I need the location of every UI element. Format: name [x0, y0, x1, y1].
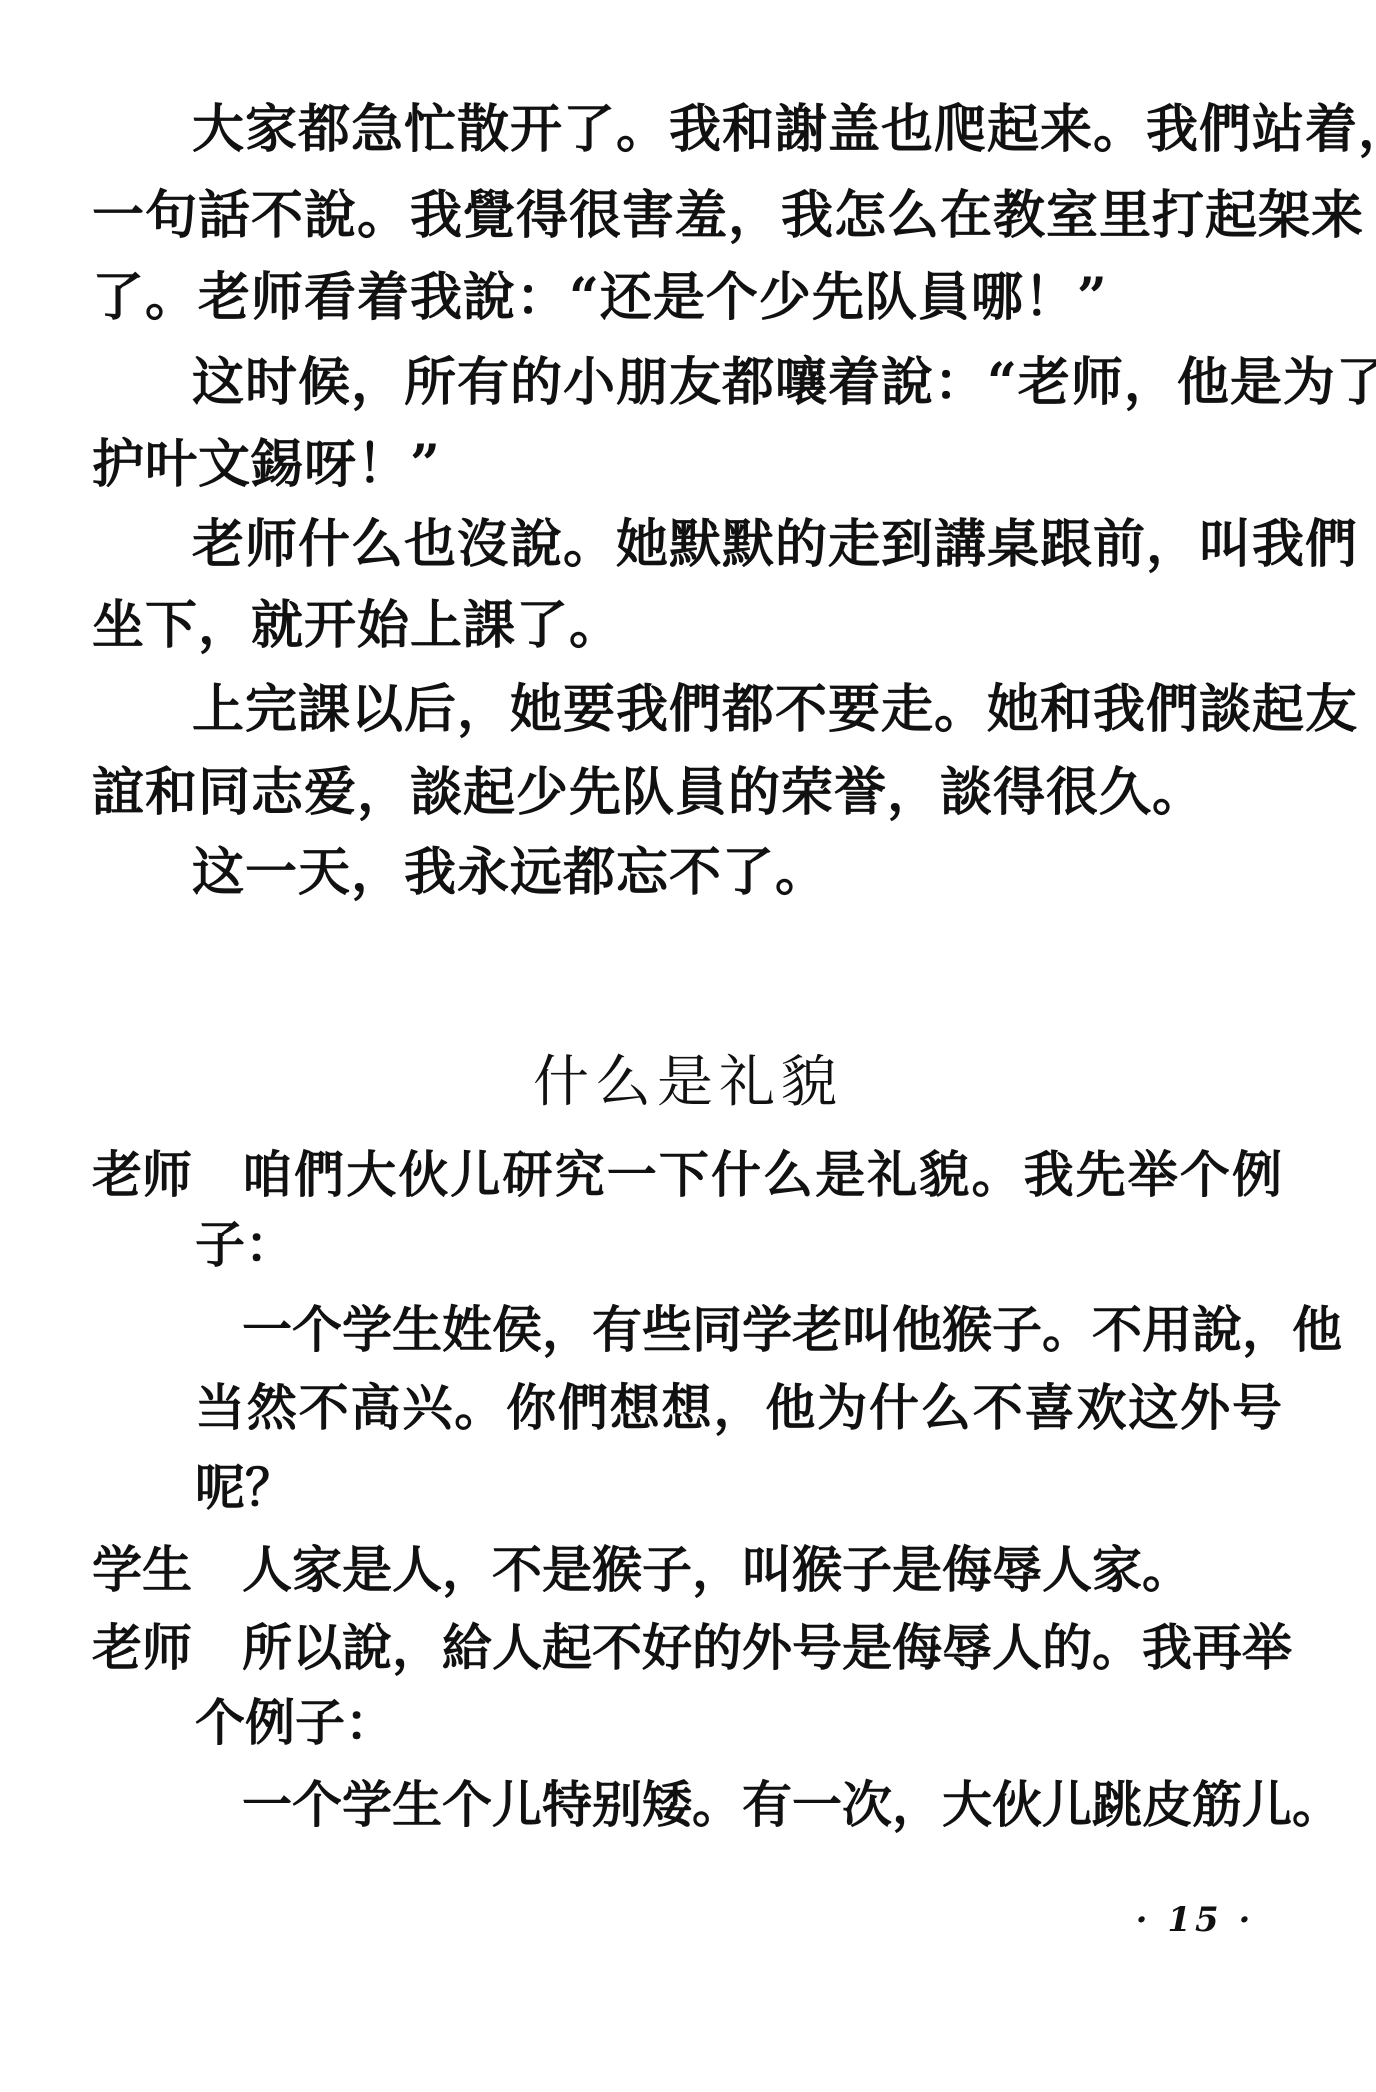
speaker-label: 学生: [92, 1540, 212, 1600]
page-number: · 15 ·: [1130, 1900, 1260, 1940]
paragraph-line: 一句話不說。我覺得很害羞，我怎么在教室里打起架来: [92, 186, 1282, 246]
paragraph-line: 护叶文錫呀！”: [92, 435, 1282, 495]
paragraph-line: 这时候，所有的小朋友都嚷着說：“老师，他是为了保: [192, 353, 1282, 413]
section-title: 什么是礼貌: [0, 1048, 1376, 1118]
paragraph-line: 坐下，就开始上課了。: [92, 596, 1282, 656]
dialogue-line: 老师 所以說，給人起不好的外号是侮辱人的。我再举: [92, 1618, 1282, 1678]
speech-text: 咱們大伙儿研究一下什么是礼貌。我先举个例: [242, 1145, 1282, 1205]
dialogue-line: 呢？: [92, 1458, 1282, 1518]
paragraph-line: 大家都急忙散开了。我和謝盖也爬起来。我們站着，: [192, 100, 1282, 160]
dialogue-line: 学生 人家是人，不是猴子，叫猴子是侮辱人家。: [92, 1540, 1282, 1600]
paragraph-line: 誼和同志爱，談起少先队員的荣誉，談得很久。: [92, 763, 1282, 823]
speech-text: 子：: [195, 1215, 1282, 1275]
speech-text: 当然不高兴。你們想想，他为什么不喜欢这外号: [195, 1378, 1282, 1438]
paragraph-line: 了。老师看着我說：“还是个少先队員哪！”: [92, 268, 1282, 328]
paragraph-line: 这一天，我永远都忘不了。: [192, 843, 1282, 903]
dialogue-line: 个例子：: [92, 1693, 1282, 1753]
speech-text: 所以說，給人起不好的外号是侮辱人的。我再举: [242, 1618, 1282, 1678]
paragraph-line: 上完課以后，她要我們都不要走。她和我們談起友: [192, 680, 1282, 740]
paragraph-line: 老师什么也沒說。她默默的走到講桌跟前，叫我們: [192, 515, 1282, 575]
dialogue-line: 一个学生个儿特别矮。有一次，大伙儿跳皮筋儿。: [92, 1775, 1282, 1835]
dialogue-line: 当然不高兴。你們想想，他为什么不喜欢这外号: [92, 1378, 1282, 1438]
dialogue-line: 子：: [92, 1215, 1282, 1275]
speech-text: 呢？: [195, 1458, 1282, 1518]
speech-text: 一个学生姓侯，有些同学老叫他猴子。不用說，他: [242, 1300, 1282, 1360]
dialogue-line: 老师 咱們大伙儿研究一下什么是礼貌。我先举个例: [92, 1145, 1282, 1205]
speech-text: 个例子：: [195, 1693, 1282, 1753]
dialogue-line: 一个学生姓侯，有些同学老叫他猴子。不用說，他: [92, 1300, 1282, 1360]
speech-text: 一个学生个儿特别矮。有一次，大伙儿跳皮筋儿。: [242, 1775, 1282, 1835]
book-page: 大家都急忙散开了。我和謝盖也爬起来。我們站着， 一句話不說。我覺得很害羞，我怎么…: [0, 0, 1376, 2092]
speaker-label: 老师: [92, 1145, 212, 1205]
speaker-label: 老师: [92, 1618, 212, 1678]
speech-text: 人家是人，不是猴子，叫猴子是侮辱人家。: [242, 1540, 1282, 1600]
